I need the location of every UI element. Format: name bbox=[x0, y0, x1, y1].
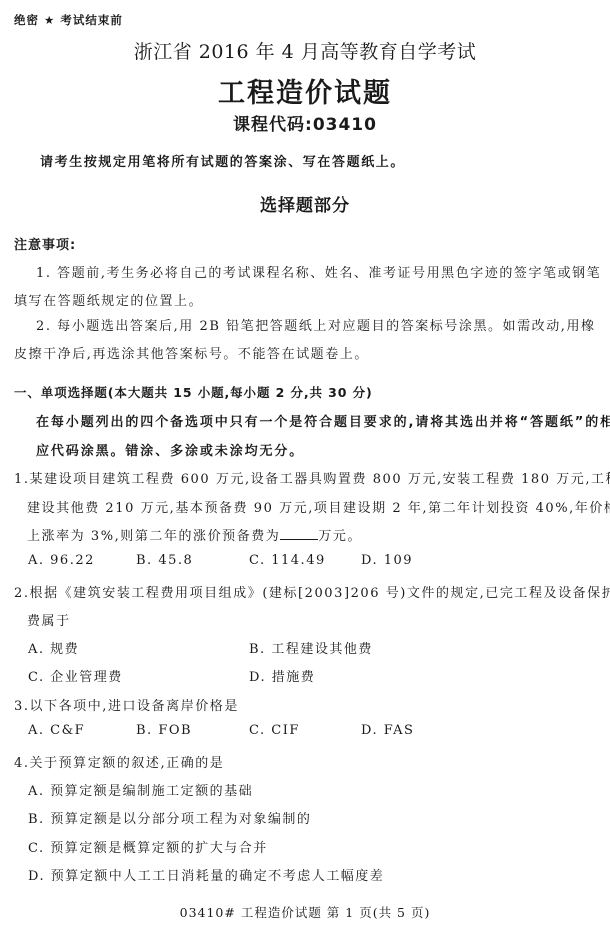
q3-option-b: B. FOB bbox=[136, 723, 192, 738]
q4-option-a: A. 预算定额是编制施工定额的基础 bbox=[28, 780, 253, 799]
q3-option-a: A. C&F bbox=[28, 723, 85, 738]
note-1-line-1: 1. 答题前,考生务必将自己的考试课程名称、姓名、准考证号用黑色字迹的签字笔或钢… bbox=[36, 262, 601, 281]
paper-title: 工程造价试题 bbox=[0, 71, 610, 110]
question-number: 3. bbox=[14, 699, 30, 714]
part-description-line-2: 应代码涂黑。错涂、多涂或未涂均无分。 bbox=[36, 440, 304, 459]
exam-title: 浙江省 2016 年 4 月高等教育自学考试 bbox=[0, 37, 610, 64]
question-1: 1.某建设项目建筑工程费 600 万元,设备工器具购置费 800 万元,安装工程… bbox=[14, 468, 610, 487]
q2-option-a: A. 规费 bbox=[28, 638, 79, 657]
q1-option-c: C. 114.49 bbox=[249, 553, 326, 568]
course-code: 课程代码:03410 bbox=[0, 110, 610, 135]
q2-option-d: D. 措施费 bbox=[249, 666, 315, 685]
q3-option-c: C. CIF bbox=[249, 723, 300, 738]
question-number: 4. bbox=[14, 756, 30, 771]
notes-heading: 注意事项: bbox=[14, 234, 76, 253]
section-title: 选择题部分 bbox=[0, 191, 610, 216]
q4-option-b: B. 预算定额是以分部分项工程为对象编制的 bbox=[28, 808, 311, 827]
question-2-line-2: 费属于 bbox=[27, 610, 71, 629]
question-number: 1. bbox=[14, 472, 30, 487]
q4-option-d: D. 预算定额中人工工日消耗量的确定不考虑人工幅度差 bbox=[28, 865, 384, 884]
question-text: 某建设项目建筑工程费 600 万元,设备工器具购置费 800 万元,安装工程费 … bbox=[30, 472, 610, 487]
page-footer: 03410# 工程造价试题 第 1 页(共 5 页) bbox=[0, 903, 610, 921]
q1-option-a: A. 96.22 bbox=[28, 553, 95, 568]
note-2-line-1: 2. 每小题选出答案后,用 2B 铅笔把答题纸上对应题目的答案标号涂黑。如需改动… bbox=[36, 315, 596, 334]
part-heading: 一、单项选择题(本大题共 15 小题,每小题 2 分,共 30 分) bbox=[14, 383, 373, 401]
question-3: 3.以下各项中,进口设备离岸价格是 bbox=[14, 695, 239, 714]
confidential-label: 绝密 ★ 考试结束前 bbox=[14, 12, 123, 28]
question-4: 4.关于预算定额的叙述,正确的是 bbox=[14, 752, 224, 771]
question-2: 2.根据《建筑安装工程费用项目组成》(建标[2003]206 号)文件的规定,已… bbox=[14, 582, 610, 601]
q2-option-c: C. 企业管理费 bbox=[28, 666, 123, 685]
question-text: 根据《建筑安装工程费用项目组成》(建标[2003]206 号)文件的规定,已完工… bbox=[30, 586, 610, 601]
note-1-line-2: 填写在答题纸规定的位置上。 bbox=[14, 290, 203, 309]
q1-option-d: D. 109 bbox=[361, 553, 413, 568]
question-text: 以下各项中,进口设备离岸价格是 bbox=[30, 699, 239, 714]
note-2-line-2: 皮擦干净后,再选涂其他答案标号。不能答在试题卷上。 bbox=[14, 343, 369, 362]
part-description-line-1: 在每小题列出的四个备选项中只有一个是符合题目要求的,请将其选出并将“答题纸”的相 bbox=[36, 411, 610, 430]
q2-option-b: B. 工程建设其他费 bbox=[249, 638, 373, 657]
q4-option-c: C. 预算定额是概算定额的扩大与合并 bbox=[28, 837, 268, 856]
question-number: 2. bbox=[14, 586, 30, 601]
answer-blank bbox=[280, 527, 318, 540]
question-1-line-2: 建设其他费 210 万元,基本预备费 90 万元,项目建设期 2 年,第二年计划… bbox=[27, 497, 610, 516]
question-1-line-3: 上涨率为 3%,则第二年的涨价预备费为万元。 bbox=[27, 525, 362, 544]
q3-option-d: D. FAS bbox=[361, 723, 414, 738]
answer-instruction: 请考生按规定用笔将所有试题的答案涂、写在答题纸上。 bbox=[40, 151, 405, 170]
question-text: 关于预算定额的叙述,正确的是 bbox=[30, 756, 225, 771]
q1-option-b: B. 45.8 bbox=[136, 553, 193, 568]
